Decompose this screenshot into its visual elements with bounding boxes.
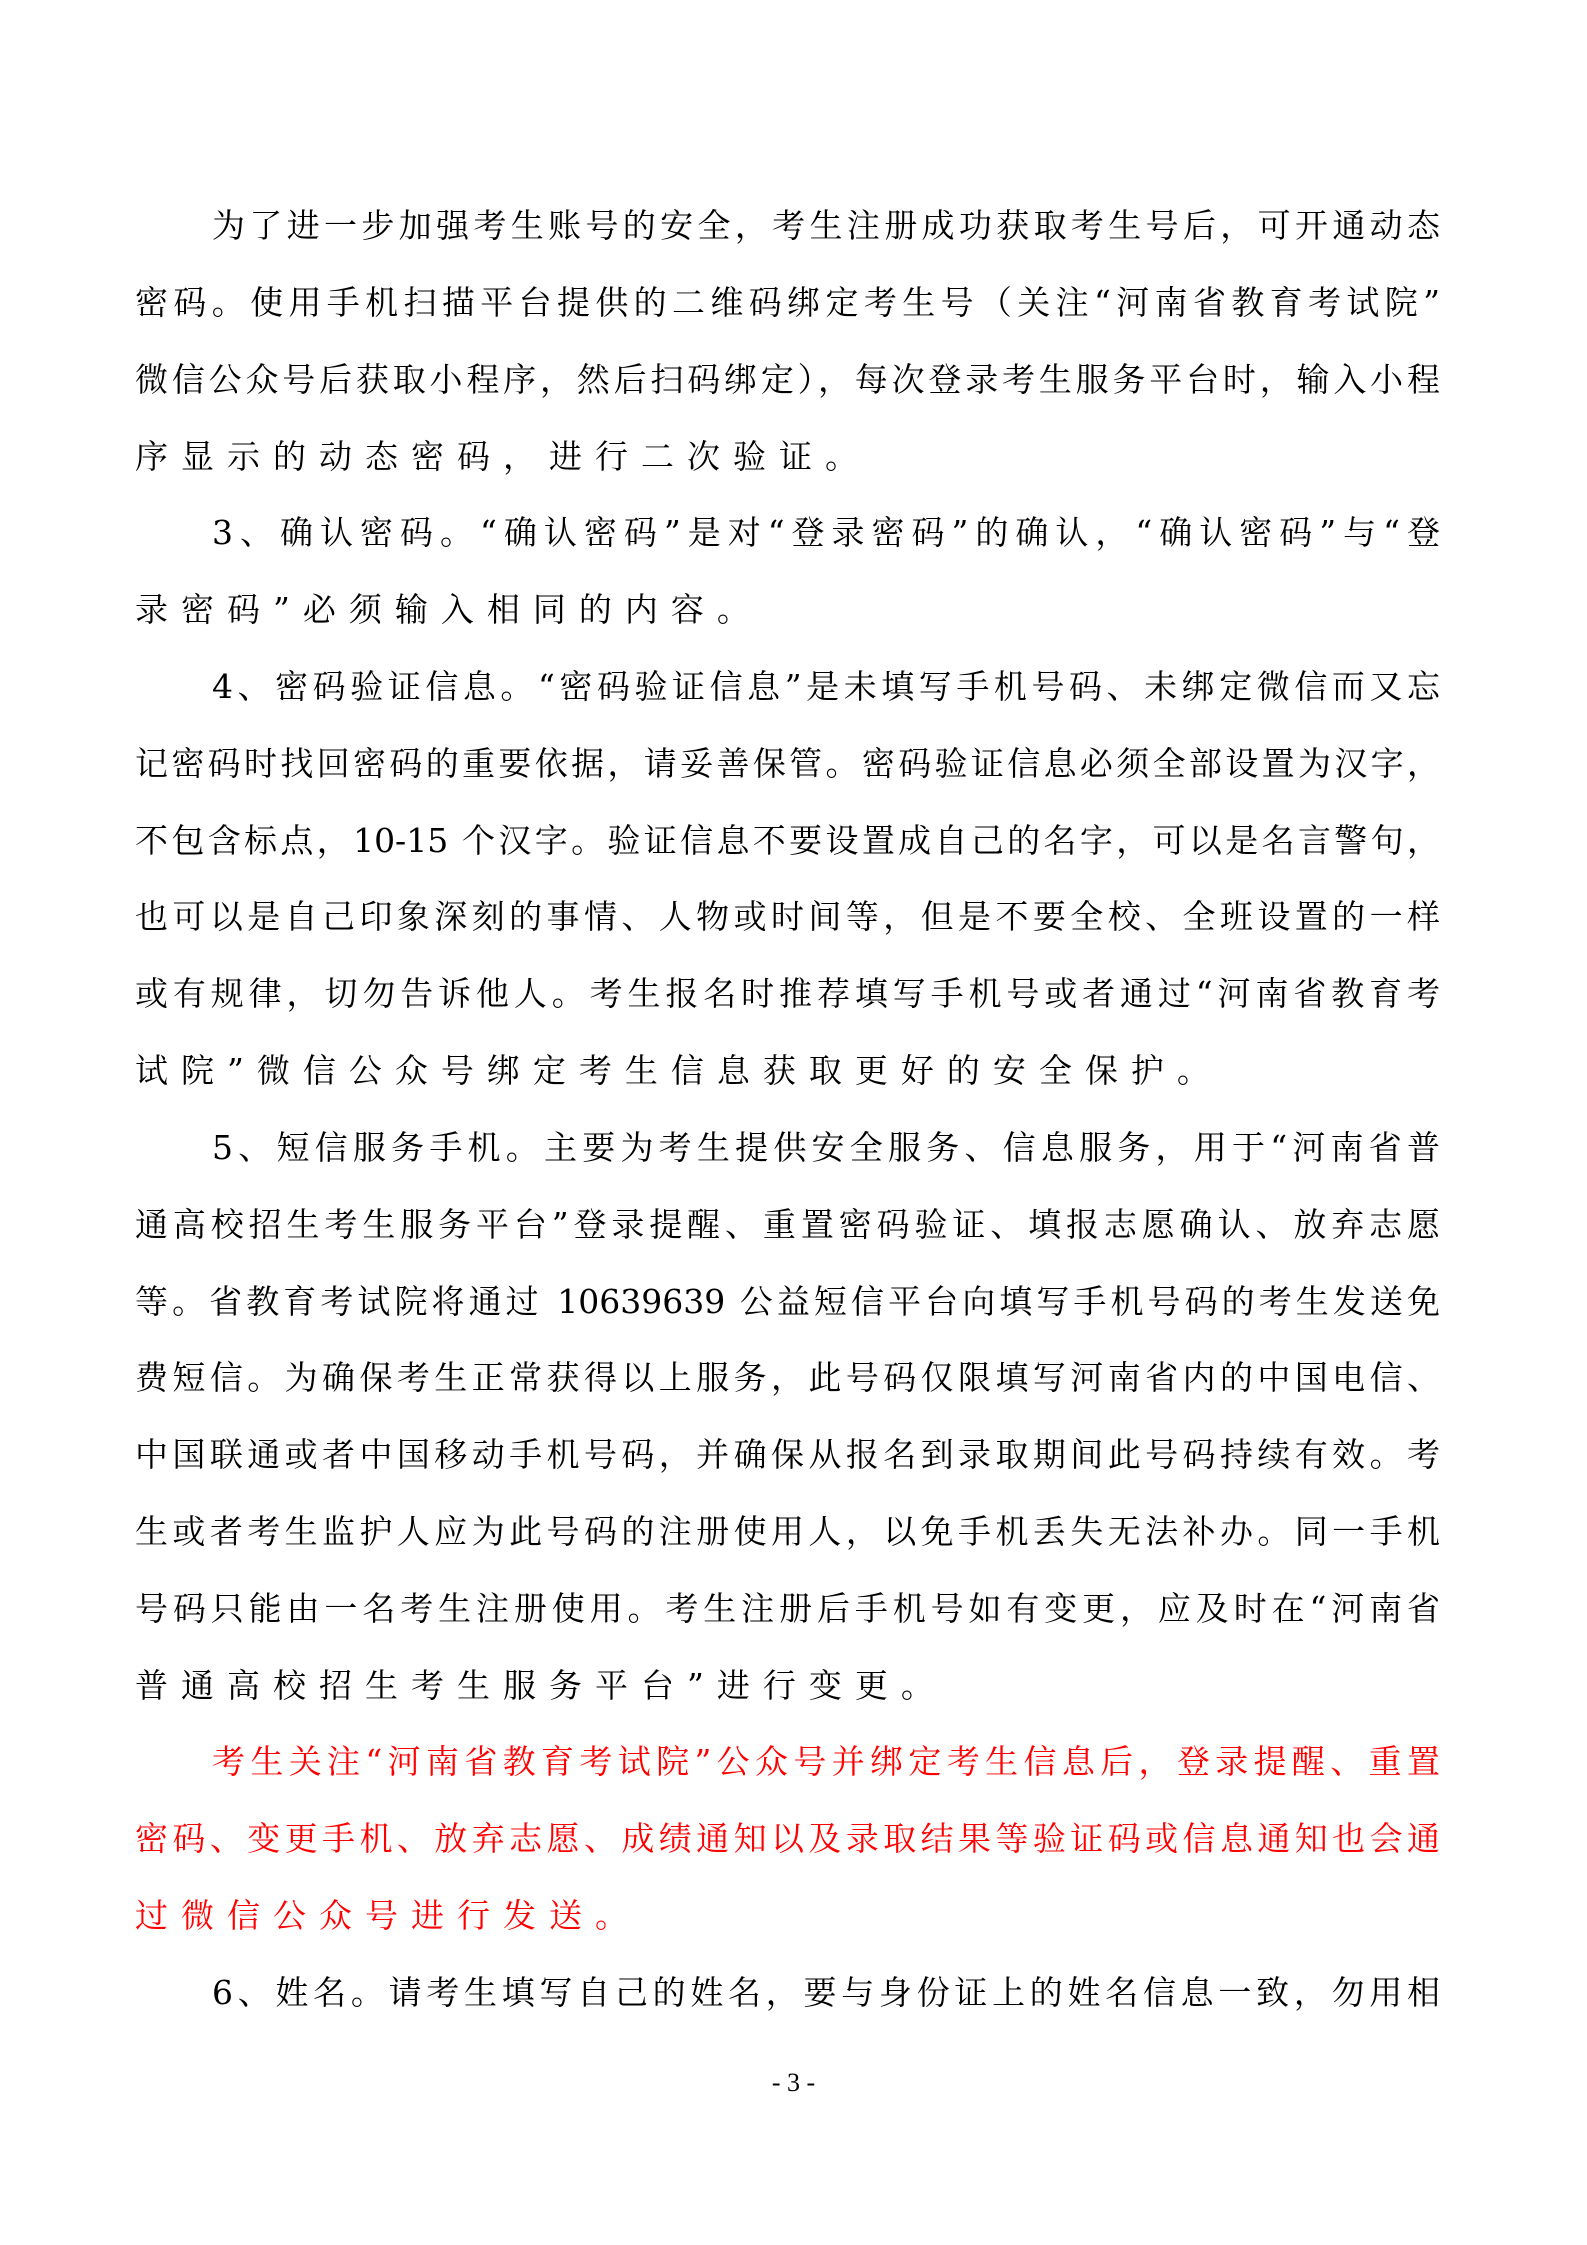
text-line: 4、密码验证信息。“密码验证信息”是未填写手机号码、未绑定微信而又忘 [212, 667, 1440, 707]
text-line: 也可以是自己印象深刻的事情、人物或时间等，但是不要全校、全班设置的一样 [135, 897, 1440, 937]
text-line: 序显示的动态密码，进行二次验证。 [135, 437, 1440, 477]
text-line: 微信公众号后获取小程序，然后扫码绑定），每次登录考生服务平台时，输入小程 [135, 360, 1440, 400]
text-line: 费短信。为确保考生正常获得以上服务，此号码仅限填写河南省内的中国电信、 [135, 1358, 1440, 1398]
text-line: 3、确认密码。“确认密码”是对“登录密码”的确认，“确认密码”与“登 [212, 513, 1440, 553]
text-line: 录密码”必须输入相同的内容。 [135, 590, 1440, 630]
text-line: 试院”微信公众号绑定考生信息获取更好的安全保护。 [135, 1051, 1440, 1091]
text-line: 号码只能由一名考生注册使用。考生注册后手机号如有变更，应及时在“河南省 [135, 1589, 1440, 1629]
document-page: 为了进一步加强考生账号的安全，考生注册成功获取考生号后，可开通动态 密码。使用手… [0, 0, 1587, 2245]
text-line: 不包含标点，10-15 个汉字。验证信息不要设置成自己的名字，可以是名言警句， [135, 821, 1440, 861]
text-line: 6、姓名。请考生填写自己的姓名，要与身份证上的姓名信息一致，勿用相 [212, 1973, 1440, 2013]
text-line: 记密码时找回密码的重要依据，请妥善保管。密码验证信息必须全部设置为汉字， [135, 744, 1440, 784]
text-line: 密码。使用手机扫描平台提供的二维码绑定考生号（关注“河南省教育考试院” [135, 283, 1440, 323]
highlight-text-line: 考生关注“河南省教育考试院”公众号并绑定考生信息后，登录提醒、重置 [212, 1742, 1440, 1782]
page-number: - 3 - [0, 2068, 1587, 2098]
text-line: 中国联通或者中国移动手机号码，并确保从报名到录取期间此号码持续有效。考 [135, 1435, 1440, 1475]
highlight-text-line: 密码、变更手机、放弃志愿、成绩通知以及录取结果等验证码或信息通知也会通 [135, 1819, 1440, 1859]
text-line: 通高校招生考生服务平台”登录提醒、重置密码验证、填报志愿确认、放弃志愿 [135, 1205, 1440, 1245]
text-line: 或有规律，切勿告诉他人。考生报名时推荐填写手机号或者通过“河南省教育考 [135, 974, 1440, 1014]
text-line: 5、短信服务手机。主要为考生提供安全服务、信息服务，用于“河南省普 [212, 1128, 1440, 1168]
highlight-text-line: 过微信公众号进行发送。 [135, 1896, 1440, 1936]
text-line: 生或者考生监护人应为此号码的注册使用人，以免手机丢失无法补办。同一手机 [135, 1512, 1440, 1552]
text-line: 为了进一步加强考生账号的安全，考生注册成功获取考生号后，可开通动态 [212, 206, 1440, 246]
text-line: 等。省教育考试院将通过 10639639 公益短信平台向填写手机号码的考生发送免 [135, 1282, 1440, 1322]
text-line: 普通高校招生考生服务平台”进行变更。 [135, 1666, 1440, 1706]
